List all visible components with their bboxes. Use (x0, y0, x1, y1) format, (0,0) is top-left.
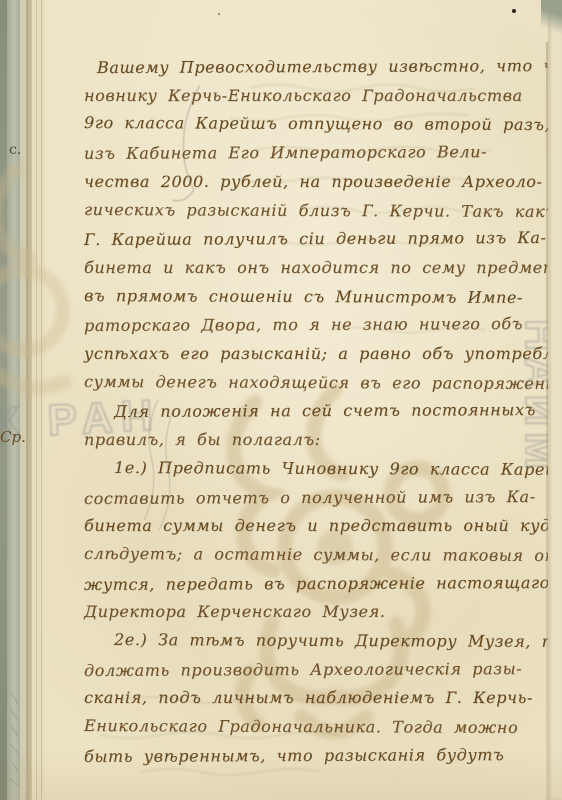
manuscript-line: успѣхахъ его разысканій; а равно объ упо… (84, 344, 562, 363)
next-page-edge (548, 0, 562, 800)
manuscript-line: Г. Карейша получилъ сіи деньги прямо изъ… (84, 228, 547, 249)
manuscript-line: сканія, подъ личнымъ наблюденіемъ Г. Кер… (84, 688, 533, 707)
manuscript-line: раторскаго Двора, то я не знаю ничего об… (84, 314, 523, 335)
ink-speck (218, 13, 220, 15)
pencil-marginalia (118, 390, 188, 550)
manuscript-line: Еникольскаго Градоначальника. Тогда можн… (84, 716, 518, 737)
margin-note-ink: Ср. (0, 428, 26, 446)
manuscript-line: изъ Кабинета Его Императорскаго Вели- (84, 142, 487, 163)
binding-corner-top-right (541, 0, 562, 48)
manuscript-line: должать производить Археологическія разы… (84, 659, 522, 680)
manuscript-line: бинета и какъ онъ находится по сему пред… (84, 258, 562, 277)
pencil-flourish (150, 80, 230, 210)
manuscript-line: Вашему Превосходительству извѣстно, что … (97, 56, 562, 77)
manuscript-scan: МК РАН НАИМ Вашему Превосходительству из… (0, 0, 562, 800)
margin-note-pencil: с. (9, 142, 21, 158)
bottom-vignette (0, 750, 562, 800)
manuscript-line: жутся, передать въ распоряженіе настояща… (84, 573, 550, 594)
manuscript-line: въ прямомъ сношеніи съ Министромъ Импе- (84, 286, 523, 307)
manuscript-line: Директора Керченскаго Музея. (84, 602, 386, 621)
ink-speck (512, 9, 516, 13)
manuscript-line: 2е.) За тѣмъ поручить Директору Музея, п… (114, 630, 562, 651)
